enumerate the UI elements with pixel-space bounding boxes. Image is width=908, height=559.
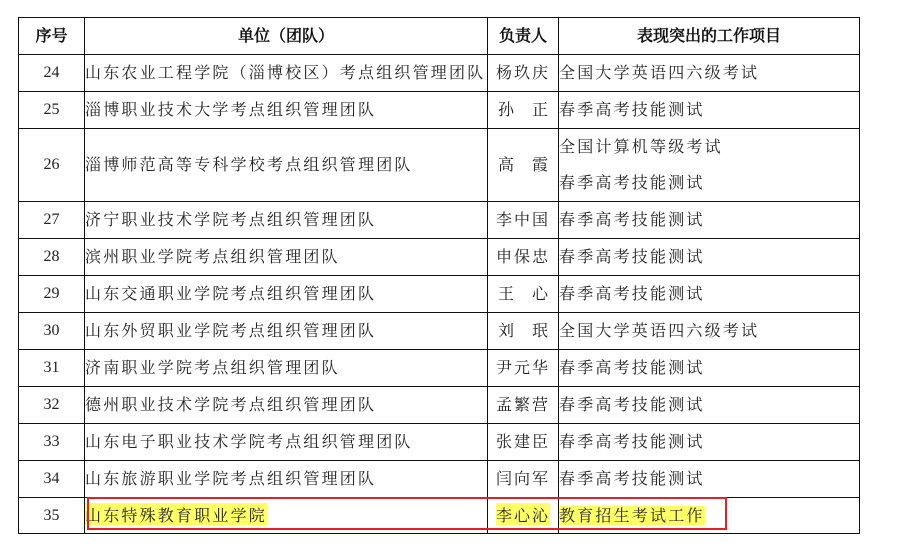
row-unit: 滨州职业学院考点组织管理团队 (85, 239, 488, 276)
table-row: 32 德州职业技术学院考点组织管理团队 孟繁营 春季高考技能测试 (19, 387, 860, 424)
row-project: 春季高考技能测试 (559, 461, 860, 498)
row-no: 26 (19, 129, 85, 202)
table-row: 25 淄博职业技术大学考点组织管理团队 孙正 春季高考技能测试 (19, 92, 860, 129)
leader-given-name: 心 (532, 284, 550, 304)
row-unit: 淄博师范高等专科学校考点组织管理团队 (85, 129, 488, 202)
row-leader: 高霞 (488, 129, 559, 202)
row-project: 全国计算机等级考试 春季高考技能测试 (559, 129, 860, 202)
row-no: 31 (19, 350, 85, 387)
leader-surname: 刘 (498, 321, 516, 341)
row-no: 34 (19, 461, 85, 498)
row-leader: 李心沁 (488, 498, 559, 534)
highlighted-unit: 山东特殊教育职业学院 (85, 503, 267, 525)
table-row-highlighted: 35 山东特殊教育职业学院 李心沁 教育招生考试工作 (19, 498, 860, 534)
project-line: 春季高考技能测试 (559, 165, 859, 201)
row-leader: 闫向军 (488, 461, 559, 498)
row-no: 29 (19, 276, 85, 313)
row-no: 35 (19, 498, 85, 534)
row-no: 24 (19, 55, 85, 92)
row-unit: 济宁职业技术学院考点组织管理团队 (85, 202, 488, 239)
leader-given-name: 珉 (532, 321, 550, 341)
row-unit: 淄博职业技术大学考点组织管理团队 (85, 92, 488, 129)
row-unit: 济南职业学院考点组织管理团队 (85, 350, 488, 387)
table-row: 27 济宁职业技术学院考点组织管理团队 李中国 春季高考技能测试 (19, 202, 860, 239)
table-row: 28 滨州职业学院考点组织管理团队 申保忠 春季高考技能测试 (19, 239, 860, 276)
header-project: 表现突出的工作项目 (559, 18, 860, 55)
header-no: 序号 (19, 18, 85, 55)
row-leader: 申保忠 (488, 239, 559, 276)
leader-given-name: 霞 (532, 155, 550, 175)
leader-given-name: 正 (532, 100, 550, 120)
header-unit: 单位（团队） (85, 18, 488, 55)
row-leader: 刘珉 (488, 313, 559, 350)
row-project: 春季高考技能测试 (559, 276, 860, 313)
row-leader: 杨玖庆 (488, 55, 559, 92)
header-leader: 负责人 (488, 18, 559, 55)
award-table: 序号 单位（团队） 负责人 表现突出的工作项目 24 山东农业工程学院（淄博校区… (18, 17, 860, 534)
row-project: 春季高考技能测试 (559, 239, 860, 276)
row-leader: 李中国 (488, 202, 559, 239)
highlighted-leader: 李心沁 (496, 503, 550, 525)
row-unit: 山东旅游职业学院考点组织管理团队 (85, 461, 488, 498)
row-project: 全国大学英语四六级考试 (559, 313, 860, 350)
row-project: 春季高考技能测试 (559, 202, 860, 239)
row-unit: 德州职业技术学院考点组织管理团队 (85, 387, 488, 424)
project-line: 全国计算机等级考试 (559, 129, 859, 165)
table-row: 24 山东农业工程学院（淄博校区）考点组织管理团队 杨玖庆 全国大学英语四六级考… (19, 55, 860, 92)
row-no: 27 (19, 202, 85, 239)
row-no: 30 (19, 313, 85, 350)
table-row: 31 济南职业学院考点组织管理团队 尹元华 春季高考技能测试 (19, 350, 860, 387)
row-leader: 张建臣 (488, 424, 559, 461)
table-row: 26 淄博师范高等专科学校考点组织管理团队 高霞 全国计算机等级考试 春季高考技… (19, 129, 860, 202)
row-leader: 王心 (488, 276, 559, 313)
row-unit: 山东交通职业学院考点组织管理团队 (85, 276, 488, 313)
row-no: 25 (19, 92, 85, 129)
leader-surname: 高 (498, 155, 516, 175)
row-no: 32 (19, 387, 85, 424)
row-project: 春季高考技能测试 (559, 92, 860, 129)
row-no: 33 (19, 424, 85, 461)
row-unit: 山东农业工程学院（淄博校区）考点组织管理团队 (85, 55, 488, 92)
row-unit: 山东外贸职业学院考点组织管理团队 (85, 313, 488, 350)
row-no: 28 (19, 239, 85, 276)
table-row: 34 山东旅游职业学院考点组织管理团队 闫向军 春季高考技能测试 (19, 461, 860, 498)
row-unit: 山东电子职业技术学院考点组织管理团队 (85, 424, 488, 461)
row-leader: 孟繁营 (488, 387, 559, 424)
highlighted-project: 教育招生考试工作 (559, 506, 705, 525)
row-project: 全国大学英语四六级考试 (559, 55, 860, 92)
row-leader: 孙正 (488, 92, 559, 129)
table-row: 33 山东电子职业技术学院考点组织管理团队 张建臣 春季高考技能测试 (19, 424, 860, 461)
table-row: 30 山东外贸职业学院考点组织管理团队 刘珉 全国大学英语四六级考试 (19, 313, 860, 350)
leader-surname: 孙 (498, 100, 516, 120)
table-header-row: 序号 单位（团队） 负责人 表现突出的工作项目 (19, 18, 860, 55)
row-project: 春季高考技能测试 (559, 424, 860, 461)
table-row: 29 山东交通职业学院考点组织管理团队 王心 春季高考技能测试 (19, 276, 860, 313)
row-unit: 山东特殊教育职业学院 (85, 498, 488, 534)
row-leader: 尹元华 (488, 350, 559, 387)
row-project: 教育招生考试工作 (559, 498, 860, 534)
row-project: 春季高考技能测试 (559, 387, 860, 424)
leader-surname: 王 (498, 284, 516, 304)
row-project: 春季高考技能测试 (559, 350, 860, 387)
